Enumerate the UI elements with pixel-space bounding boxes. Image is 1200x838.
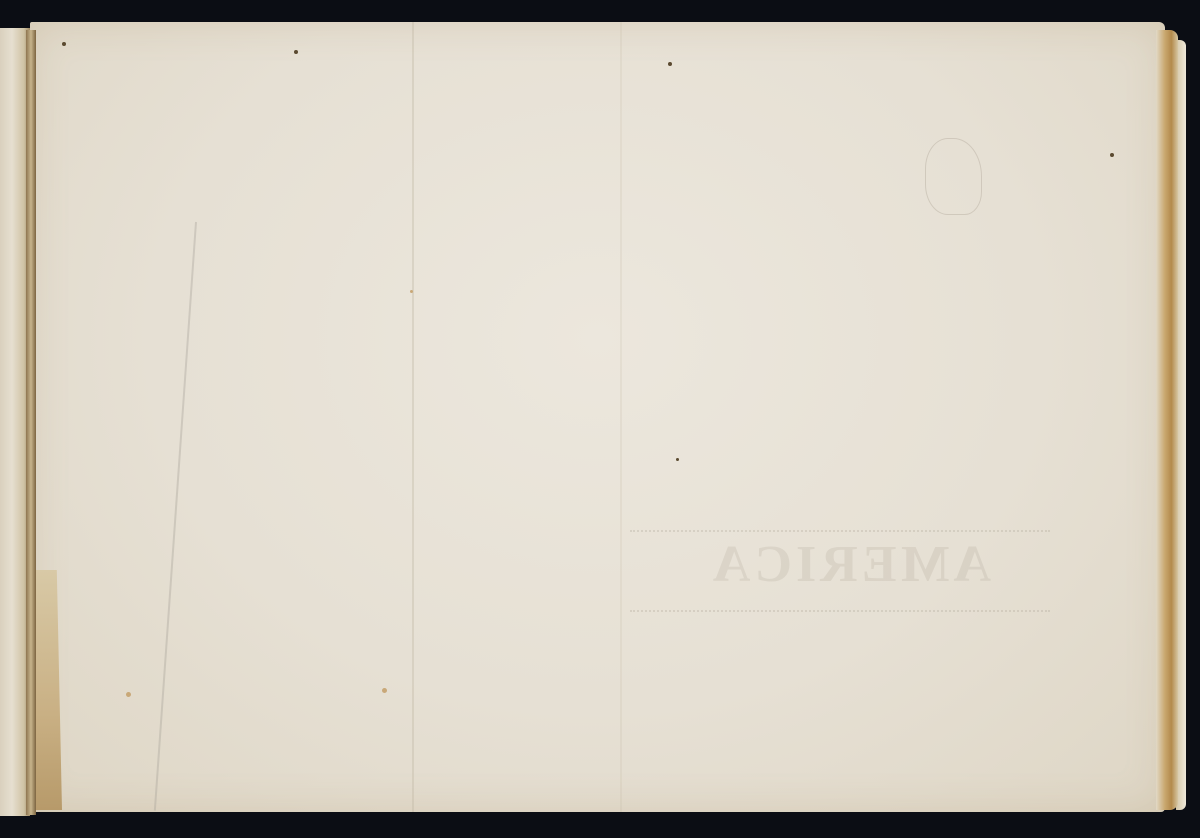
speck — [1110, 153, 1114, 157]
bleed-through-text: AMERICA — [640, 535, 1060, 594]
blank-page — [30, 22, 1165, 812]
foxing-spot — [410, 290, 413, 293]
scan-background — [0, 816, 1200, 838]
foxed-edge — [1156, 30, 1178, 810]
speck — [294, 50, 298, 54]
speck — [668, 62, 672, 66]
foxing-spot — [382, 688, 387, 693]
speck — [62, 42, 66, 46]
pencil-mark — [925, 138, 982, 215]
book-scan: AMERICA — [0, 0, 1200, 838]
paper-crease — [154, 222, 197, 811]
binding-strip — [26, 30, 36, 815]
vertical-fold — [620, 22, 622, 812]
foxing-spot — [126, 692, 131, 697]
vertical-fold — [412, 22, 414, 812]
speck — [676, 458, 679, 461]
bleed-through-ornament — [630, 610, 1050, 618]
